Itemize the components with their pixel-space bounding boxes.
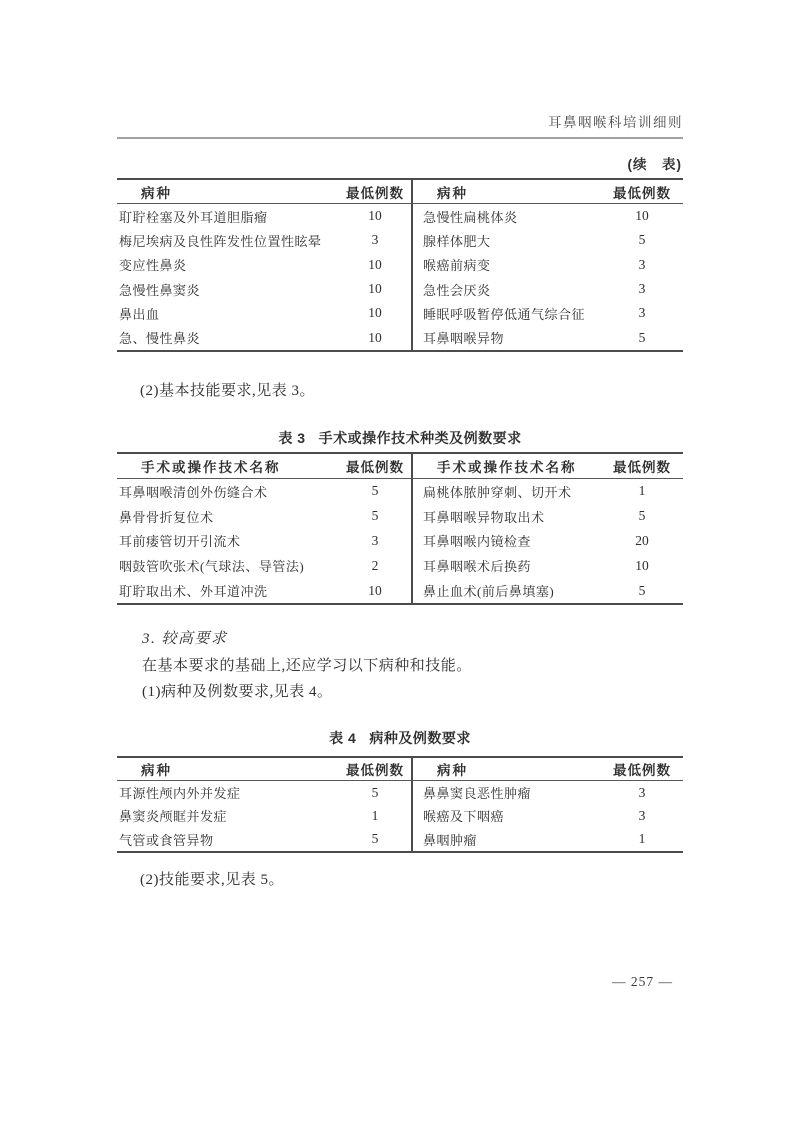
table-cell-min-cases: 5: [339, 479, 411, 504]
table-cell-name: 耳鼻咽喉清创外伤缝合术: [117, 479, 339, 504]
table-cell-min-cases: 5: [339, 781, 411, 804]
running-head: 耳鼻咽喉科培训细则: [548, 111, 683, 131]
column-header-min-cases: 最低例数: [339, 454, 411, 479]
table4-title: 表 4病种及例数要求: [117, 728, 683, 748]
table-continued-note: (续 表): [628, 153, 683, 173]
table-cell-name: 急性会厌炎: [413, 277, 601, 301]
table-cell-min-cases: 10: [339, 578, 411, 603]
table-cell-name: 耳前瘘管切开引流术: [117, 529, 339, 554]
table-cell-name: 鼻咽肿瘤: [413, 828, 601, 851]
table-cell-min-cases: 20: [601, 529, 683, 554]
table-cell-name: 喉癌及下咽癌: [413, 804, 601, 827]
table-cell-min-cases: 10: [339, 301, 411, 325]
table-cell-name: 耳鼻咽喉内镜检查: [413, 529, 601, 554]
table-cell-min-cases: 10: [339, 204, 411, 228]
table-cell-name: 气管或食管异物: [117, 828, 339, 851]
table-half-right: 手术或操作技术名称最低例数扁桃体脓肿穿刺、切开术1耳鼻咽喉异物取出术5耳鼻咽喉内…: [413, 454, 683, 603]
table-cell-name: 急慢性鼻窦炎: [117, 277, 339, 301]
table-cell-name: 鼻鼻窦良恶性肿瘤: [413, 781, 601, 804]
table4-title-label: 表 4: [329, 730, 356, 746]
document-page: 耳鼻咽喉科培训细则 (续 表) 病种最低例数耵聍栓塞及外耳道胆脂瘤10梅尼埃病及…: [0, 0, 800, 1131]
table-diseases-continued: 病种最低例数耵聍栓塞及外耳道胆脂瘤10梅尼埃病及良性阵发性位置性眩晕3变应性鼻炎…: [117, 178, 683, 352]
table3-procedures: 手术或操作技术名称最低例数耳鼻咽喉清创外伤缝合术5鼻骨骨折复位术5耳前瘘管切开引…: [117, 452, 683, 605]
table-cell-name: 鼻止血术(前后鼻填塞): [413, 578, 601, 603]
table-cell-min-cases: 10: [601, 204, 683, 228]
section-advanced-requirements: 3. 较高要求 在基本要求的基础上,还应学习以下病种和技能。 (1)病种及例数要…: [117, 626, 472, 706]
table-half-left: 病种最低例数耳源性颅内外并发症5鼻窦炎颅眶并发症1气管或食管异物5: [117, 758, 413, 851]
table4-diseases: 病种最低例数耳源性颅内外并发症5鼻窦炎颅眶并发症1气管或食管异物5病种最低例数鼻…: [117, 756, 683, 853]
table3-title-label: 表 3: [278, 430, 305, 446]
paragraph-skill-requirement: (2)技能要求,见表 5。: [117, 868, 284, 889]
column-header-min-cases: 最低例数: [339, 180, 411, 204]
section3-body: 在基本要求的基础上,还应学习以下病种和技能。: [117, 653, 472, 680]
table-cell-min-cases: 5: [601, 326, 683, 350]
table-cell-min-cases: 5: [601, 578, 683, 603]
column-header-name: 病种: [117, 180, 339, 204]
table-cell-min-cases: 10: [339, 326, 411, 350]
table-cell-name: 鼻出血: [117, 301, 339, 325]
table-cell-min-cases: 3: [601, 804, 683, 827]
table-cell-name: 耳鼻咽喉异物取出术: [413, 504, 601, 529]
section3-heading: 3. 较高要求: [117, 626, 472, 653]
table-cell-min-cases: 5: [339, 828, 411, 851]
table3-title-text: 手术或操作技术种类及例数要求: [319, 430, 522, 446]
column-header-min-cases: 最低例数: [601, 180, 683, 204]
table-half-right: 病种最低例数鼻鼻窦良恶性肿瘤3喉癌及下咽癌3鼻咽肿瘤1: [413, 758, 683, 851]
column-header-name: 病种: [413, 758, 601, 781]
header-rule: [117, 137, 683, 139]
table-cell-name: 鼻窦炎颅眶并发症: [117, 804, 339, 827]
table-cell-min-cases: 3: [601, 301, 683, 325]
table-cell-min-cases: 3: [601, 277, 683, 301]
table-cell-name: 耵聍栓塞及外耳道胆脂瘤: [117, 204, 339, 228]
table3-title: 表 3手术或操作技术种类及例数要求: [117, 428, 683, 448]
table-cell-min-cases: 5: [601, 228, 683, 252]
table-cell-name: 鼻骨骨折复位术: [117, 504, 339, 529]
page-number: — 257 —: [612, 974, 673, 990]
table-cell-name: 急慢性扁桃体炎: [413, 204, 601, 228]
table-cell-name: 变应性鼻炎: [117, 253, 339, 277]
table-cell-min-cases: 5: [339, 504, 411, 529]
table-cell-name: 耳源性颅内外并发症: [117, 781, 339, 804]
table-cell-name: 喉癌前病变: [413, 253, 601, 277]
column-header-name: 病种: [117, 758, 339, 781]
column-header-name: 手术或操作技术名称: [413, 454, 601, 479]
table-cell-min-cases: 5: [601, 504, 683, 529]
table-cell-min-cases: 2: [339, 553, 411, 578]
table-cell-name: 睡眠呼吸暂停低通气综合征: [413, 301, 601, 325]
table-cell-min-cases: 1: [601, 479, 683, 504]
table4-title-text: 病种及例数要求: [369, 730, 471, 746]
table-cell-min-cases: 3: [339, 529, 411, 554]
table-half-left: 手术或操作技术名称最低例数耳鼻咽喉清创外伤缝合术5鼻骨骨折复位术5耳前瘘管切开引…: [117, 454, 413, 603]
table-cell-min-cases: 3: [601, 781, 683, 804]
table-cell-min-cases: 1: [601, 828, 683, 851]
table-cell-name: 急、慢性鼻炎: [117, 326, 339, 350]
table-cell-name: 腺样体肥大: [413, 228, 601, 252]
table-half-right: 病种最低例数急慢性扁桃体炎10腺样体肥大5喉癌前病变3急性会厌炎3睡眠呼吸暂停低…: [413, 180, 683, 350]
table-cell-name: 耵聍取出术、外耳道冲洗: [117, 578, 339, 603]
table-half-left: 病种最低例数耵聍栓塞及外耳道胆脂瘤10梅尼埃病及良性阵发性位置性眩晕3变应性鼻炎…: [117, 180, 413, 350]
column-header-name: 病种: [413, 180, 601, 204]
column-header-min-cases: 最低例数: [339, 758, 411, 781]
paragraph-basic-skills: (2)基本技能要求,见表 3。: [117, 379, 315, 400]
table-cell-min-cases: 10: [601, 553, 683, 578]
table-cell-name: 耳鼻咽喉术后换药: [413, 553, 601, 578]
table-cell-min-cases: 10: [339, 253, 411, 277]
paragraph-disease-requirement: (1)病种及例数要求,见表 4。: [117, 679, 472, 706]
column-header-min-cases: 最低例数: [601, 454, 683, 479]
table-cell-min-cases: 10: [339, 277, 411, 301]
table-cell-name: 咽鼓管吹张术(气球法、导管法): [117, 553, 339, 578]
page-content: 耳鼻咽喉科培训细则 (续 表) 病种最低例数耵聍栓塞及外耳道胆脂瘤10梅尼埃病及…: [117, 0, 683, 1131]
column-header-name: 手术或操作技术名称: [117, 454, 339, 479]
table-cell-name: 耳鼻咽喉异物: [413, 326, 601, 350]
column-header-min-cases: 最低例数: [601, 758, 683, 781]
table-cell-min-cases: 3: [601, 253, 683, 277]
table-cell-min-cases: 1: [339, 804, 411, 827]
table-cell-name: 梅尼埃病及良性阵发性位置性眩晕: [117, 228, 339, 252]
table-cell-min-cases: 3: [339, 228, 411, 252]
table-cell-name: 扁桃体脓肿穿刺、切开术: [413, 479, 601, 504]
